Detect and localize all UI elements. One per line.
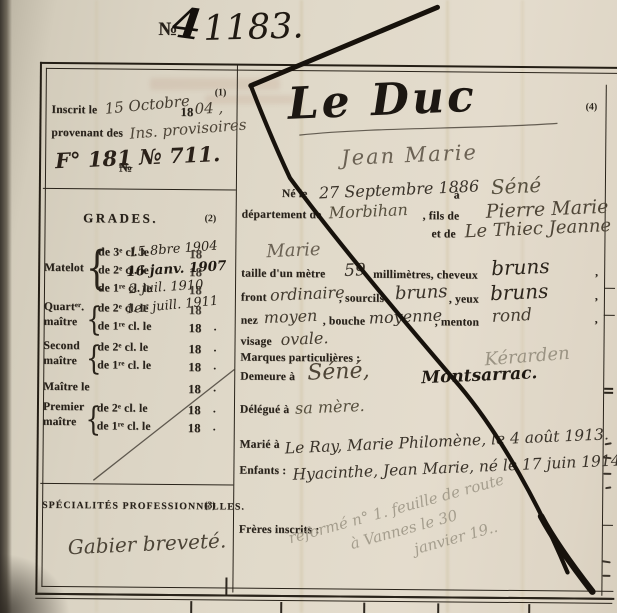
provenant-label: provenant des: [51, 127, 123, 140]
a-label: à: [454, 189, 460, 201]
inscrit-label: Inscrit le: [52, 104, 98, 116]
comma-mark: ,: [595, 314, 598, 326]
inscrit-year-hw: 04 ,: [194, 99, 223, 118]
grade-row-label: de 1ʳᵉ cl. le: [98, 320, 152, 332]
enfants-label: Enfants :: [239, 465, 286, 477]
cutoff-text-fragment: [603, 575, 611, 577]
year-printed: 18: [188, 382, 201, 397]
menton-hw: rond: [491, 305, 532, 327]
delegue-label: Délégué à: [240, 404, 289, 416]
grades-title: GRADES.: [41, 210, 201, 227]
marie-label: Marié à: [240, 439, 280, 451]
grade-row-label: de 1ʳᵉ cl. le: [97, 359, 151, 371]
dept-hw: Morbihan: [328, 200, 408, 222]
header-number: 1183.: [203, 6, 304, 49]
year-printed: 18: [189, 321, 202, 336]
dot: .: [214, 319, 217, 334]
dot: .: [213, 340, 216, 355]
year-printed: 18: [188, 403, 201, 418]
taille-label: taille d'un mètre: [241, 268, 325, 281]
ne-label: Né le: [282, 188, 308, 200]
comma-mark: ,: [595, 267, 598, 279]
front-hw: ordinaire: [270, 283, 345, 305]
document-content: № 4 1183. (1) Inscrit le 15 Octobre 18 0…: [0, 0, 617, 613]
visage-hw: ovale.: [280, 328, 329, 349]
next-column-rule: [604, 392, 613, 394]
bottom-table-column-tick: [190, 601, 192, 613]
dept-label: département de: [242, 209, 322, 222]
taille-hw: 59: [344, 260, 366, 281]
footnote-ref-1: (1): [215, 87, 227, 98]
sourcils-label: , sourcils: [339, 292, 384, 304]
grade-group-quartier-l1: Quartᵉʳ.: [44, 301, 85, 313]
grade-group-premier-l1: Premier: [43, 401, 85, 413]
next-column-rule: [604, 388, 613, 390]
footnote-ref-2: (2): [205, 213, 217, 224]
document-photo: № 4 1183. (1) Inscrit le 15 Octobre 18 0…: [0, 0, 617, 613]
menton-label: , menton: [435, 316, 480, 328]
grade-group-premier-l2: maître: [43, 416, 77, 428]
comma-mark: ,: [595, 291, 598, 303]
grade-row-label: de 2ᵉ cl. le: [97, 402, 148, 414]
mm-label: millimètres, cheveux: [373, 269, 478, 282]
etde-label: et de: [431, 228, 455, 240]
dot: .: [213, 358, 216, 373]
cutoff-text-fragment: [603, 473, 611, 475]
grade-group-quartier-l2: maître: [44, 316, 78, 328]
inscrit-year-printed: 18: [180, 105, 193, 120]
next-column-rule: [604, 288, 615, 289]
demeure-label: Demeure à: [240, 371, 295, 383]
next-column-rule: [602, 525, 613, 526]
grade-row-label: de 2ᵉ cl. le: [97, 341, 148, 353]
grade-group-matelot: Matelot: [44, 262, 84, 274]
grade-group-second-l1: Second: [43, 340, 79, 352]
footnote-ref-3: (3): [204, 500, 216, 511]
nez-hw: moyen: [263, 306, 317, 327]
birthplace-hw: Séné: [490, 173, 541, 199]
yeux-label: , yeux: [449, 293, 479, 305]
grade-row-label: de 1ʳᵉ cl. le: [97, 420, 151, 432]
delegue-hw: sa mère.: [295, 396, 365, 418]
yeux-hw: bruns: [489, 279, 548, 306]
bottom-table-tick: [225, 577, 227, 594]
sourcils-hw: bruns: [395, 281, 448, 304]
next-column-rule: [604, 315, 615, 316]
surname-hw: Le Duc: [287, 71, 478, 130]
mother-hw2: Marie: [266, 239, 321, 262]
grade-group-second-l2: maître: [43, 355, 77, 367]
footnote-ref-4: (4): [586, 102, 598, 113]
cheveux-hw: bruns: [491, 254, 550, 281]
bouche-hw: moyenne: [368, 305, 442, 327]
year-printed: 18: [188, 360, 201, 375]
visage-label: visage: [240, 336, 271, 348]
dot: .: [213, 419, 216, 434]
front-label: front: [241, 292, 267, 304]
dot: .: [213, 380, 216, 395]
bottom-table-column-tick: [280, 602, 282, 613]
bottom-table-column-tick: [437, 603, 439, 613]
header-number-digit: 4: [169, 0, 204, 50]
nez-label: nez: [241, 315, 258, 327]
bottom-table-column-tick: [528, 604, 530, 613]
demeure-hw1: Séné,: [307, 358, 370, 386]
bottom-table-column-tick: [363, 603, 365, 613]
fils-label: , fils de: [423, 210, 460, 222]
bouche-label: , bouche: [323, 315, 366, 327]
year-printed: 18: [188, 421, 201, 436]
grade-group-maitre: Maître le: [43, 381, 90, 393]
year-printed: 18: [188, 342, 201, 357]
dot: .: [213, 401, 216, 416]
